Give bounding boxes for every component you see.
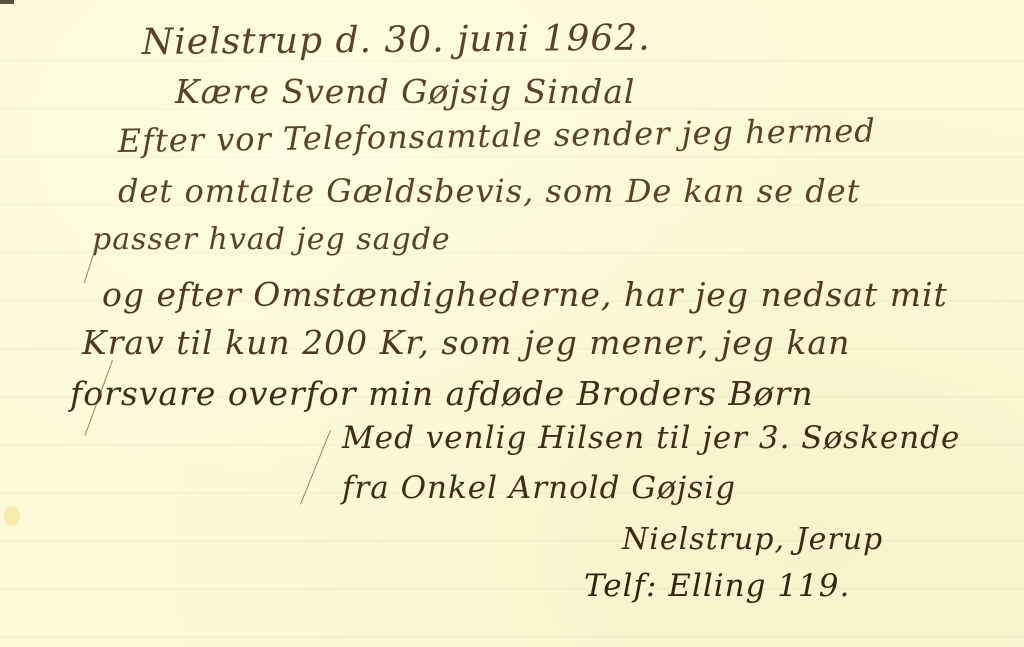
sender-phone-line: Telf: Elling 119. xyxy=(584,568,850,604)
body-line-2: det omtalte Gældsbevis, som De kan se de… xyxy=(118,172,861,210)
body-line-5: Krav til kun 200 Kr, som jeg mener, jeg … xyxy=(82,323,850,362)
paper-stain xyxy=(4,506,20,526)
body-line-6: forsvare overfor min afdøde Broders Børn xyxy=(70,374,814,413)
ink-descender-stroke xyxy=(84,245,97,283)
salutation-line: Kære Svend Gøjsig Sindal xyxy=(175,72,635,111)
body-line-1: Efter vor Telefonsamtale sender jeg herm… xyxy=(117,111,876,160)
sender-address-line: Nielstrup, Jerup xyxy=(622,522,883,557)
body-line-4: og efter Omstændighederne, har jeg nedsa… xyxy=(102,275,948,314)
place-date-line: Nielstrup d. 30. juni 1962. xyxy=(142,18,651,63)
letter-paper: Nielstrup d. 30. juni 1962. Kære Svend G… xyxy=(0,0,1024,647)
body-line-3: passer hvad jeg sagde xyxy=(92,222,451,257)
closing-line: Med venlig Hilsen til jer 3. Søskende xyxy=(342,420,960,456)
signature-line: fra Onkel Arnold Gøjsig xyxy=(342,470,736,506)
ink-descender-stroke xyxy=(300,430,331,505)
scan-edge-shadow xyxy=(0,0,14,4)
